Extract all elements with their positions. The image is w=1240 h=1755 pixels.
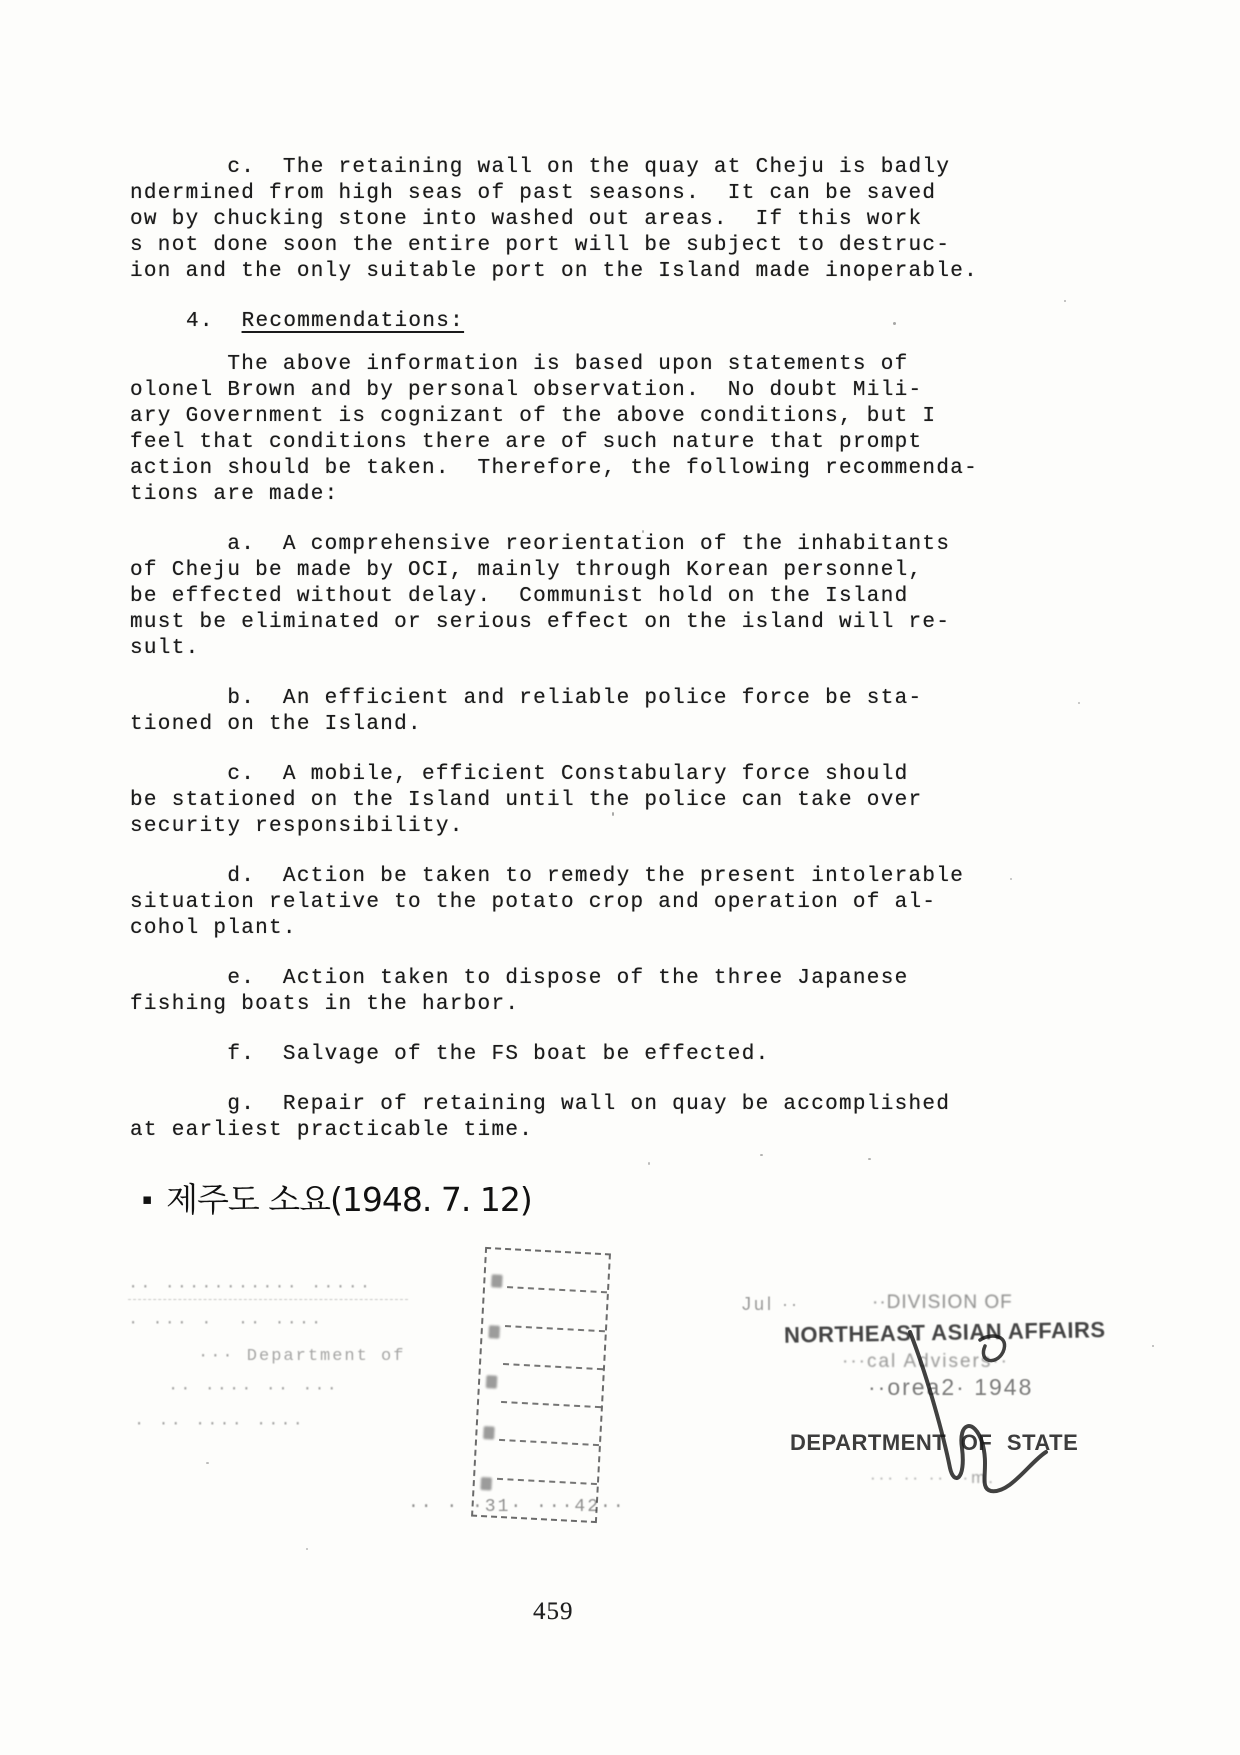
- routing-stamp-row: [499, 1403, 601, 1446]
- faint-left-stamp-text: ·· ··········· ····· · ··· · ·· ···· ···…: [128, 1278, 448, 1448]
- stamp-division-line: ··DIVISION OF: [872, 1292, 1013, 1314]
- korean-caption-text: 제주도 소요(1948. 7. 12): [166, 1174, 532, 1221]
- stamp-date-fragment: Jul ··: [742, 1294, 800, 1315]
- recommendation-a: a. A comprehensive reorientation of the …: [130, 532, 1090, 662]
- recommendation-g: g. Repair of retaining wall on quay be a…: [130, 1092, 1090, 1144]
- paragraph-intro: The above information is based upon stat…: [130, 352, 1090, 508]
- routing-stamp-row: [497, 1441, 599, 1484]
- faint-glyph: [488, 1325, 500, 1339]
- illegible-fragment: · ·· ···· ····: [134, 1415, 448, 1434]
- square-bullet-icon: ▪: [142, 1192, 152, 1207]
- faint-glyph: [485, 1376, 497, 1390]
- routing-stamp-row: [505, 1288, 607, 1331]
- illegible-fragment: ·· ··········· ·····: [128, 1278, 408, 1300]
- heading-number: 4.: [186, 310, 242, 333]
- faint-glyph: [483, 1426, 495, 1440]
- recommendation-e: e. Action taken to dispose of the three …: [130, 966, 1090, 1018]
- routing-stamp-row: [501, 1365, 603, 1408]
- faint-glyph: [480, 1477, 492, 1491]
- illegible-fragment: ·· ···· ·· ···: [168, 1380, 448, 1399]
- illegible-fragment: ··· Department of: [198, 1347, 448, 1366]
- recommendations-heading: 4. Recommendations:: [130, 309, 1090, 335]
- recommendation-f: f. Salvage of the FS boat be effected.: [130, 1042, 1090, 1068]
- routing-slip-stamp: [471, 1247, 611, 1523]
- page-number: 459: [533, 1598, 574, 1626]
- paragraph-c-retaining-wall: c. The retaining wall on the quay at Che…: [130, 155, 1090, 285]
- illegible-fragment: · ··· · ·· ····: [128, 1314, 448, 1333]
- routing-stamp-row: [507, 1250, 609, 1293]
- stamp-advisers-line: ···cal Advisers··: [842, 1351, 1009, 1373]
- faint-bottom-fragment: ·· · ·31· ···42··: [408, 1497, 626, 1517]
- recommendation-d: d. Action be taken to remedy the present…: [130, 864, 1090, 942]
- typed-text-body: c. The retaining wall on the quay at Che…: [130, 155, 1090, 1221]
- scanned-document-page: c. The retaining wall on the quay at Che…: [0, 0, 1240, 1755]
- heading-title: Recommendations:: [242, 310, 464, 333]
- stamp-year-line: ··orea2· 1948: [868, 1374, 1033, 1401]
- stamp-department-line: DEPARTMENT OF STATE: [790, 1430, 1078, 1456]
- faint-glyph: [491, 1274, 503, 1288]
- recommendation-c: c. A mobile, efficient Constabulary forc…: [130, 762, 1090, 840]
- stamp-trailing-fragment: ··· ·· ·· ··m.: [870, 1468, 996, 1488]
- recommendation-b: b. An efficient and reliable police forc…: [130, 686, 1090, 738]
- signature-scribble: [888, 1330, 1088, 1505]
- korean-caption: ▪ 제주도 소요(1948. 7. 12): [142, 1174, 1090, 1221]
- routing-stamp-row: [503, 1327, 605, 1370]
- routing-stamp-rows: [495, 1250, 609, 1521]
- stamp-office-line: NORTHEAST ASIAN AFFAIRS: [784, 1317, 1106, 1349]
